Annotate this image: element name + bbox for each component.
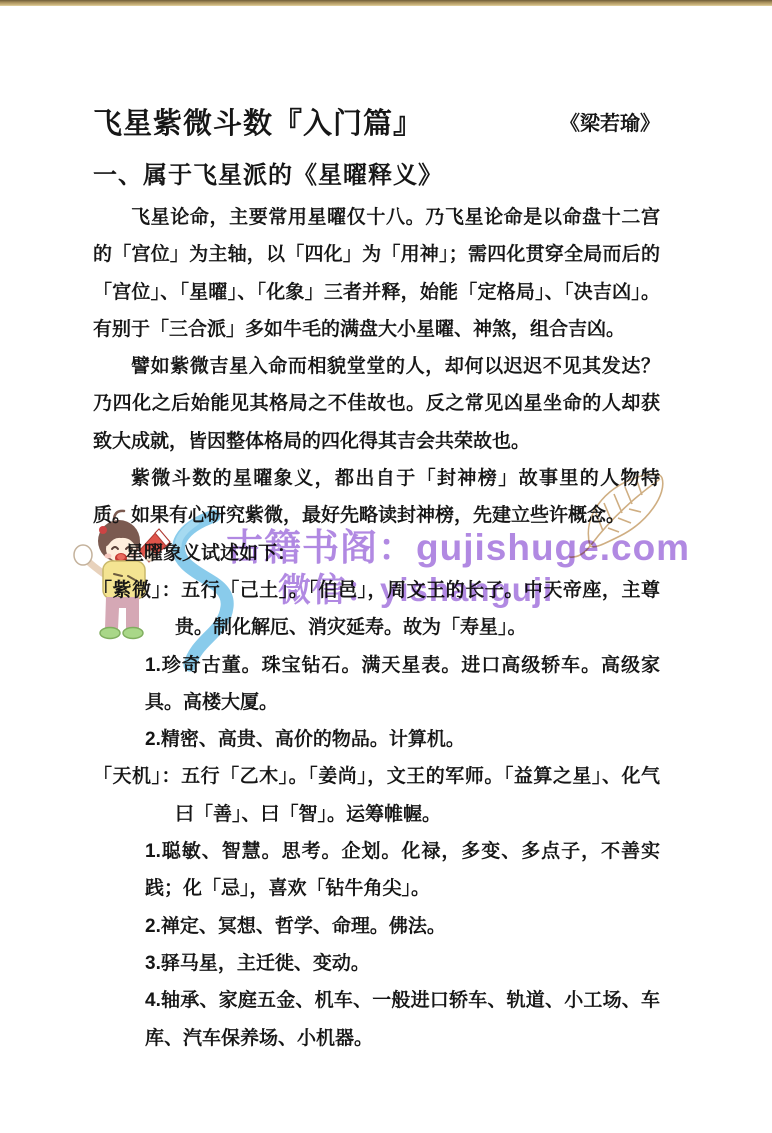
document-page: 飞星紫微斗数『入门篇』 《梁若瑜》 一、属于飞星派的《星曜释义》 飞星论命，主要… — [0, 0, 772, 1133]
star-entry-tianji: 「天机」：五行「乙木」。「姜尚」，文王的军师。「益算之星」、化气曰「善」、曰「智… — [93, 758, 660, 833]
star-ziwei-item-2: 2.精密、高贵、高价的物品。计算机。 — [145, 721, 660, 758]
star-label: 「紫微」： — [93, 580, 181, 601]
star-ziwei-item-1: 1.珍奇古董。珠宝钻石。满天星表。进口高级轿车。高级家具。高楼大厦。 — [145, 647, 660, 722]
star-tianji-item-1: 1.聪敏、智慧。思考。企划。化禄，多变、多点子，不善实践；化「忌」，喜欢「钻牛角… — [145, 833, 660, 908]
paragraph-1: 飞星论命，主要常用星曜仅十八。乃飞星论命是以命盘十二宫的「宫位」为主轴，以「四化… — [93, 199, 660, 348]
body-text: 飞星论命，主要常用星曜仅十八。乃飞星论命是以命盘十二宫的「宫位」为主轴，以「四化… — [93, 199, 660, 1057]
author-byline: 《梁若瑜》 — [560, 107, 660, 136]
watermark-site-text: 古籍书阁：gujishuge.com — [226, 517, 690, 571]
watermark-wechat-text: 微信：yishanguji — [278, 564, 553, 611]
page-title: 飞星紫微斗数『入门篇』 — [93, 101, 423, 142]
paragraph-2: 譬如紫微吉星入命而相貌堂堂的人，却何以迟迟不见其发达？乃四化之后始能见其格局之不… — [93, 348, 660, 460]
star-description: 五行「乙木」。「姜尚」，文王的军师。「益算之星」、化气曰「善」、曰「智」。运筹帷… — [175, 766, 660, 824]
page-top-border — [0, 0, 772, 6]
title-row: 飞星紫微斗数『入门篇』 《梁若瑜》 — [93, 100, 660, 142]
star-tianji-item-3: 3.驿马星，主迁徙、变动。 — [145, 945, 660, 982]
star-tianji-item-4: 4.轴承、家庭五金、机车、一般进口轿车、轨道、小工场、车库、汽车保养场、小机器。 — [145, 982, 660, 1057]
star-label: 「天机」： — [93, 766, 181, 787]
star-tianji-item-2: 2.禅定、冥想、哲学、命理。佛法。 — [145, 908, 660, 945]
section-heading: 一、属于飞星派的《星曜释义》 — [93, 155, 660, 190]
